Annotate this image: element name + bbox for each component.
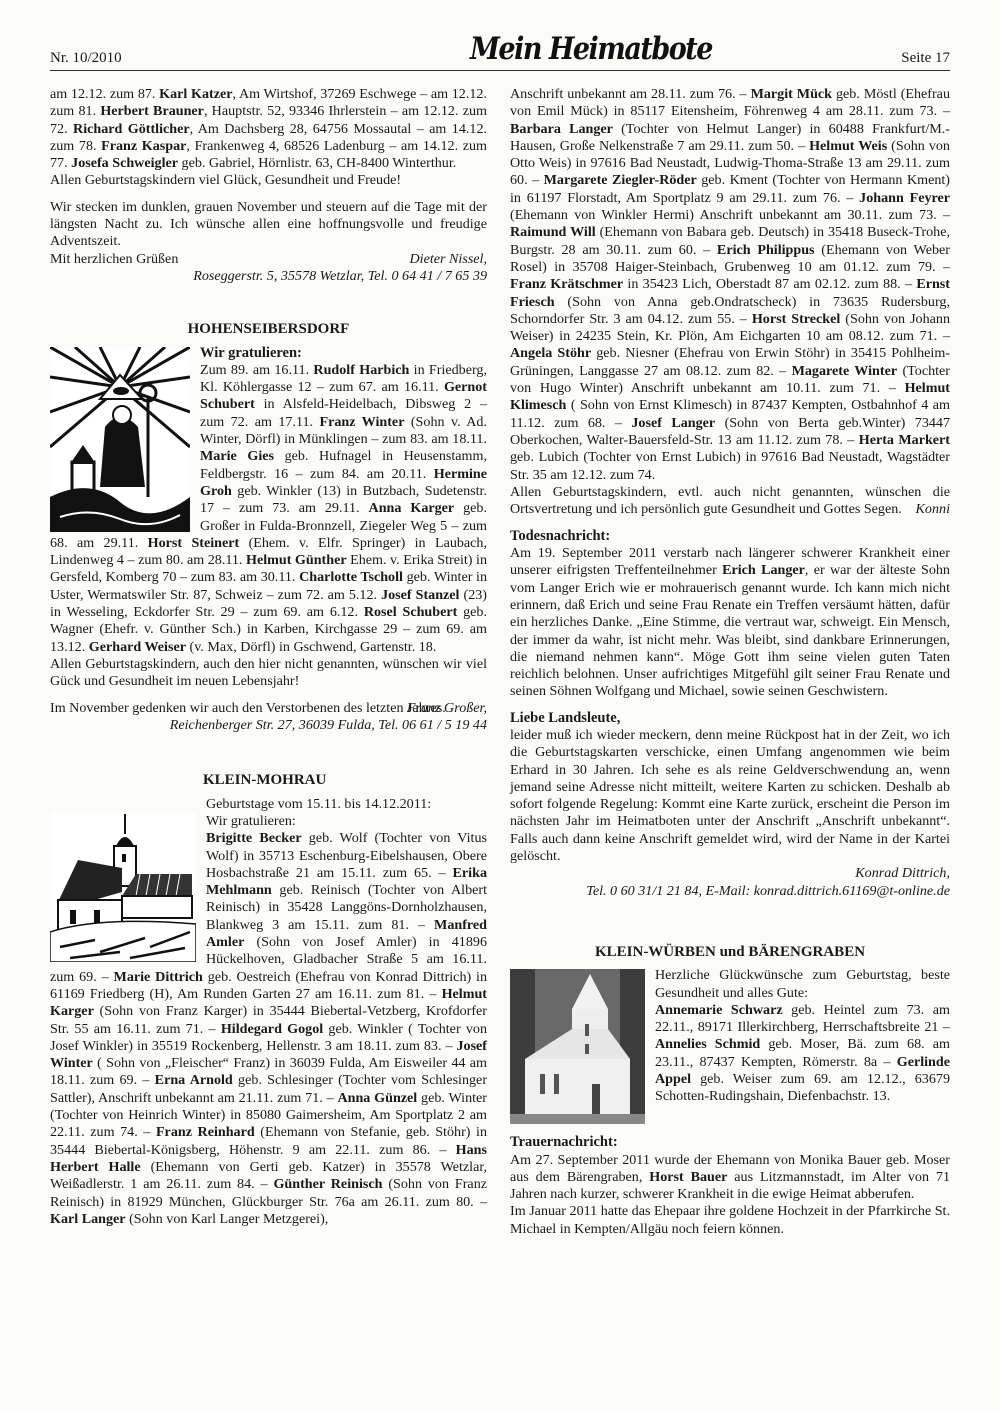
person-name: Gerhard Weiser <box>89 639 186 655</box>
church-village-icon <box>50 812 196 962</box>
obituary-text: Am 19. September 2011 verstarb nach läng… <box>510 545 950 701</box>
person-name: Franz Reinhard <box>156 1124 255 1140</box>
person-name: Horst Steinert <box>148 535 240 551</box>
person-name: Josefa Schweigler <box>71 155 178 171</box>
page-number: Seite 17 <box>901 50 950 67</box>
person-name: Rudolf Harbich <box>313 362 409 378</box>
chapel-photo-icon <box>510 969 645 1124</box>
woodcut-saint-icon <box>50 347 190 532</box>
text-run: am 12.12. zum 87. <box>50 86 159 102</box>
text-run: Anschrift unbekannt am 28.11. zum 76. – <box>510 86 751 102</box>
person-name: Josef Stanzel <box>381 587 459 603</box>
signature-row: Mit herzlichen Grüßen Dieter Nissel, <box>50 251 487 268</box>
person-name: Josef Langer <box>631 415 715 431</box>
obituary-title: Todesnachricht: <box>510 528 950 545</box>
text-run: (v. Max, Dörfl) in Gschwend, Gartenstr. … <box>186 639 436 655</box>
person-name: Marie Dittrich <box>114 969 203 985</box>
author-signature: Dieter Nissel, <box>409 251 487 268</box>
text-run: (Sohn von Karl Langer Metzgerei), <box>126 1211 329 1227</box>
person-name: Karl Katzer <box>159 86 232 102</box>
birthday-wish: Allen Geburtstagskindern, evtl. auch nic… <box>510 484 950 519</box>
birthday-list-continued: am 12.12. zum 87. Karl Katzer, Am Wirtsh… <box>50 86 487 172</box>
person-name: Marie Gies <box>200 448 274 464</box>
section-title-klein-wuerben: KLEIN-WÜRBEN und BÄRENGRABEN <box>510 944 950 961</box>
text-run: geb. Lubich (Tochter von Ernst Lubich) i… <box>510 449 950 482</box>
person-name: Helmut Weis <box>809 138 887 154</box>
letter-title: Liebe Landsleute, <box>510 710 950 727</box>
page-header: Nr. 10/2010 Mein Heimatbote Seite 17 <box>50 40 950 71</box>
person-name: Horst Bauer <box>649 1169 727 1185</box>
author-address: Reichenberger Str. 27, 36039 Fulda, Tel.… <box>50 717 487 734</box>
person-name: Franz Win­ter <box>319 414 404 430</box>
birthday-list-continued: Anschrift unbekannt am 28.11. zum 76. – … <box>510 86 950 484</box>
section-hohenseibersdorf: Wir gratulieren: Zum 89. am 16.11. Rudol… <box>50 345 487 735</box>
person-name: Angela Stöhr <box>510 345 591 361</box>
birthday-date-range: Geburtstage vom 15.11. bis 14.12.2011: <box>50 796 487 813</box>
person-name: Erich Langer <box>722 562 805 578</box>
person-name: Anna Günzel <box>337 1090 417 1106</box>
text-run: in 35423 Lich, Oberstadt 87 am 02.12. zu… <box>623 276 916 292</box>
person-name: Johann Feyrer <box>859 190 950 206</box>
birthday-wish: Allen Geburtstagskindern viel Glück, Ges… <box>50 172 487 189</box>
person-name: Brigitte Becker <box>206 830 302 846</box>
person-name: Richard Göttlicher <box>73 121 190 137</box>
person-name: Horst Streckel <box>752 311 840 327</box>
person-name: Erich Philippus <box>717 242 815 258</box>
person-name: Herbert Brauner <box>100 103 204 119</box>
person-name: Anna Karger <box>369 500 455 516</box>
section-title-hohenseibersdorf: HOHENSEIBERSDORF <box>50 321 487 338</box>
text-run: geb. Gabriel, Hörnlistr. 63, CH-8400 Win… <box>178 155 456 171</box>
person-name: Erna Arnold <box>155 1072 233 1088</box>
wedding-note: Im Januar 2011 hatte das Ehepaar ihre go… <box>510 1203 950 1238</box>
person-name: Charlotte Tscholl <box>299 569 403 585</box>
person-name: Margit Mück <box>751 86 832 102</box>
masthead-logo: Mein Heimatbote <box>470 31 650 72</box>
person-name: Franz Kaspar <box>101 138 186 154</box>
text-run: (Ehemann von Winkler Hermi) Anschrift un… <box>510 207 950 223</box>
greeting: Mit herzlichen Grüßen <box>50 251 178 268</box>
newspaper-page: Nr. 10/2010 Mein Heimatbote Seite 17 am … <box>0 0 1000 1412</box>
section-title-klein-mohrau: KLEIN-MOHRAU <box>50 772 487 789</box>
text-run: Zum 89. am 16.11. <box>200 362 313 378</box>
mourning-text: Am 27. September 2011 wurde der Ehemann … <box>510 1152 950 1204</box>
person-name: Günther Reinisch <box>273 1176 382 1192</box>
person-name: Franz Krätschmer <box>510 276 623 292</box>
mourning-title: Trauernachricht: <box>510 1134 950 1151</box>
author-address: Roseggerstr. 5, 35578 Wetzlar, Tel. 0 64… <box>50 268 487 285</box>
person-name: Raimund Will <box>510 224 596 240</box>
person-name: Barbara Langer <box>510 121 613 137</box>
issue-number: Nr. 10/2010 <box>50 50 122 67</box>
person-name: Hildegard Gogol <box>221 1021 323 1037</box>
text-run: geb. Weiser zum 69. am 12.12., 63679 Sch… <box>655 1071 950 1104</box>
person-name: Helmut Günther <box>246 552 347 568</box>
person-name: Herta Markert <box>859 432 950 448</box>
person-name: Annemarie Schwarz <box>655 1002 783 1018</box>
november-note: Wir stecken im dunklen, grauen November … <box>50 199 487 251</box>
author-contact: Tel. 0 60 31/1 21 84, E-Mail: konrad.dit… <box>510 883 950 900</box>
person-name: Margarete Ziegler-Röder <box>544 172 697 188</box>
birthday-wish: Allen Geburtstagskindern, auch den hier … <box>50 656 487 691</box>
left-column: am 12.12. zum 87. Karl Katzer, Am Wirtsh… <box>50 86 487 1228</box>
right-column: Anschrift unbekannt am 28.11. zum 76. – … <box>510 86 950 1238</box>
section-klein-mohrau: Geburtstage vom 15.11. bis 14.12.2011: W… <box>50 796 487 1228</box>
person-name: Karl Langer <box>50 1211 126 1227</box>
author-signature: Konrad Dittrich, <box>510 865 950 882</box>
person-name: Rosel Schu­bert <box>364 604 458 620</box>
section-klein-wuerben: Herzliche Glückwünsche zum Geburtstag, b… <box>510 967 950 1126</box>
person-name: Annelies Schmid <box>655 1036 760 1052</box>
person-name: Magarete Winter <box>792 363 898 379</box>
letter-body: leider muß ich wieder meckern, denn mein… <box>510 727 950 865</box>
text-run: , er war der älteste Sohn vom Langer Eri… <box>510 562 950 699</box>
